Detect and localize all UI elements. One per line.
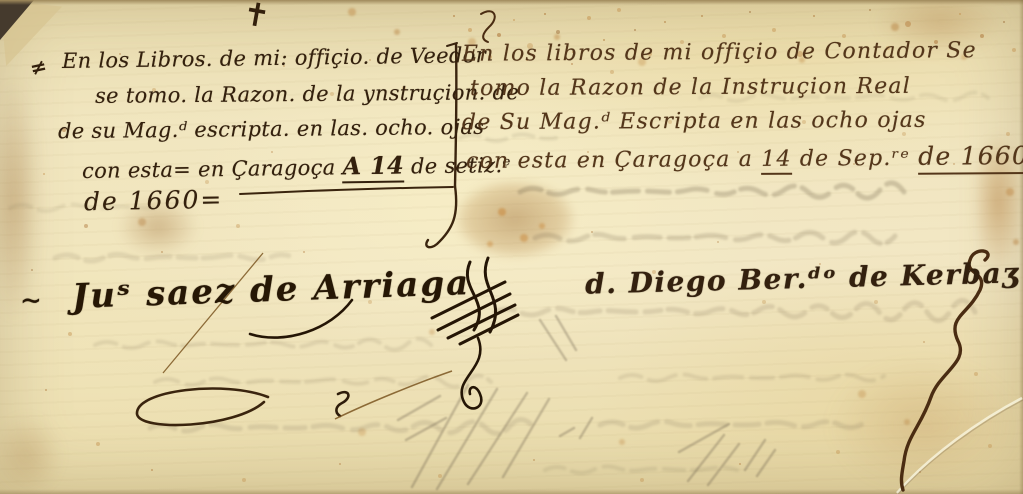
left-signature-flourish-tails (137, 253, 452, 425)
right-note-text: con esta en Çaragoça a (466, 147, 761, 174)
signature-left: Juˢ saez de Arriaga (71, 263, 470, 317)
page-edge-right (1019, 0, 1023, 494)
right-note-line: con esta en Çaragoça a 14 de Sep.ʳᵉ de 1… (466, 141, 1023, 174)
right-note-text: de Sep.ʳᵉ (792, 146, 919, 172)
ink-stain (118, 198, 198, 256)
left-note-year-line: de 1660= (84, 185, 224, 216)
ink-stain (830, 360, 1020, 490)
right-note-line: En los libros de mi offiçio de Contador … (462, 38, 977, 67)
left-note-text: de setiz.ᵉ (404, 153, 511, 178)
ink-stain (0, 80, 40, 320)
left-note-line: En los Libros. de mi: offiçio. de Veedor (62, 43, 486, 73)
left-note-day-underlined: A 14 (342, 150, 404, 183)
right-note-year-underlined: de 1660 (918, 141, 1023, 175)
left-note-line: de su Mag.ᵈ escripta. en las. ocho. ojas (58, 115, 484, 143)
right-signature-flourish (901, 251, 988, 490)
bleedthrough-rubric-marks (398, 316, 775, 489)
bleedthrough-writing (10, 92, 988, 473)
left-note-bracket (240, 43, 457, 247)
ink-stain (455, 180, 575, 258)
ink-overlay (0, 0, 1023, 494)
left-signature-rubric (250, 258, 518, 408)
left-signature-margin-dash: ∼ (20, 286, 42, 316)
invocation-cross-mark: ✝ (240, 0, 273, 36)
signature-right: d. Diego Ber.ᵈᵒ de Kerbaʒ (585, 256, 1020, 300)
page-edge-bottom (0, 489, 1023, 494)
paper-crease (897, 398, 1023, 494)
flourish-curl (481, 11, 495, 42)
ink-stain (973, 132, 1023, 272)
page-edge-top (0, 0, 1023, 5)
left-note-line: con esta= en Çaragoça A 14 de setiz.ᵉ (82, 149, 511, 184)
left-note-line: se tomo. la Razon. de la ynstruçion. de (95, 80, 519, 108)
right-note-line: tomo la Razon de la Instruçion Real (470, 74, 911, 101)
left-note-text: con esta= en Çaragoça (82, 155, 343, 183)
paper-texture (0, 0, 1023, 494)
ink-stain (0, 415, 62, 494)
right-note-line: de Su Mag.ᵈ Escripta en las ocho ojas (462, 108, 927, 135)
ink-stain (875, 0, 1005, 54)
manuscript-page: ✝ ≠ En los Libros. de mi: offiçio. de Ve… (0, 0, 1023, 494)
margin-registration-mark: ≠ (28, 54, 49, 81)
right-note-day-underlined: 14 (761, 147, 792, 175)
